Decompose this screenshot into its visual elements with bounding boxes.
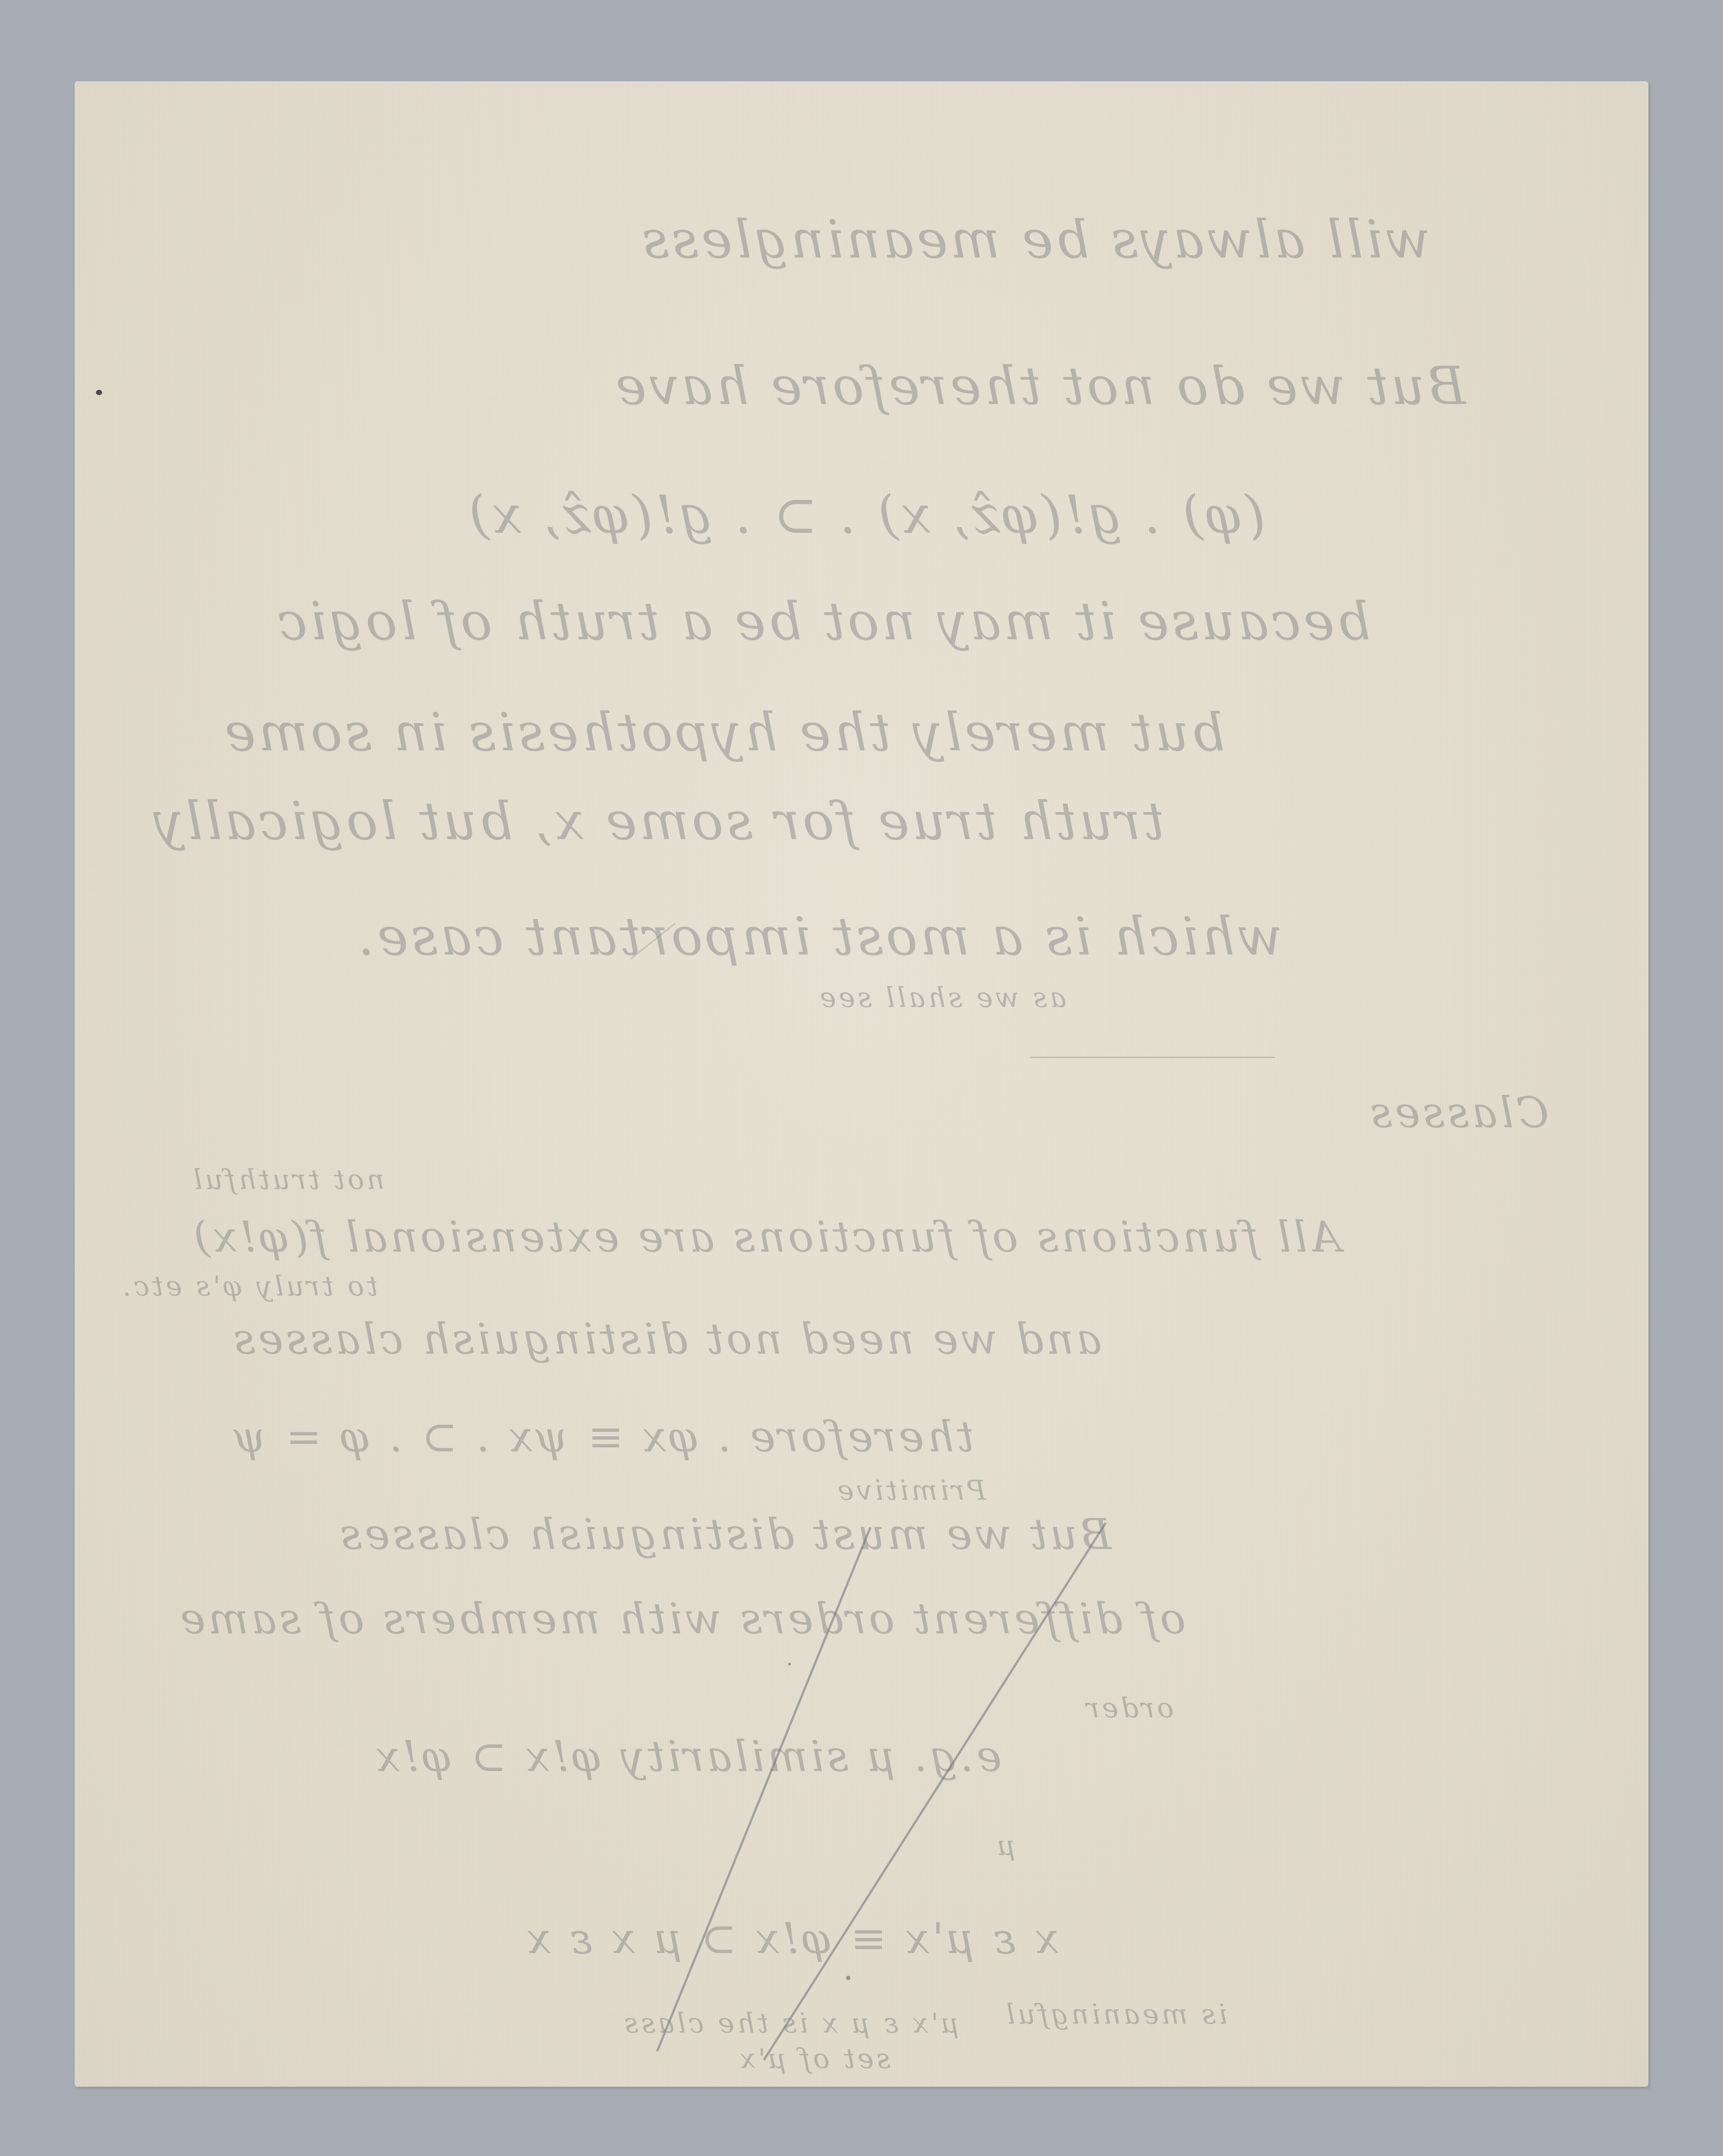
ink-speck (788, 1663, 791, 1665)
text-line: μ (995, 1829, 1015, 1862)
text-line: and we need not distinguish classes (231, 1314, 1102, 1364)
text-line: set of μ'x (737, 2042, 890, 2075)
ink-spot (96, 390, 102, 395)
text-line: to truly φ's etc. (120, 1270, 378, 1302)
text-line: truth true for some x, but logically (151, 790, 1164, 852)
text-line: All functions of functions are extension… (191, 1212, 1341, 1262)
horizontal-rule (1030, 1057, 1274, 1058)
text-line: Primitive (835, 1474, 986, 1506)
text-line: e.g. μ similarity φ!x ⊃ φ!x (373, 1732, 1002, 1781)
text-line: μ'x ε μ x is the class (622, 2007, 959, 2039)
text-line: (φ) . g!(φẑ, x) . ⊃ . g!(φẑ, x) (466, 484, 1266, 545)
ink-speck (846, 1976, 850, 1980)
text-line: But we must distinguish classes (337, 1510, 1112, 1559)
text-line: will always be meaningless (639, 209, 1430, 270)
text-line: as we shall see (817, 981, 1066, 1014)
section-heading: Classes (1368, 1088, 1549, 1137)
pencil-strokes (0, 0, 1723, 2156)
text-line: But we do not therefore have (613, 355, 1466, 416)
text-line: x ε μ'x ≡ φ!x ⊃ μ x ε x (524, 1914, 1059, 1963)
text-line: is meaningful (1004, 1998, 1227, 2030)
text-line: which is a most important case. (355, 906, 1282, 967)
text-line: therefore . φx ≡ ψx . ⊃ . φ = ψ (231, 1412, 974, 1462)
text-line: but merely the hypothesis in some (222, 701, 1225, 763)
text-line: not truthful (191, 1163, 385, 1196)
text-line: order (1084, 1692, 1174, 1724)
text-line: of different orders with members of same (178, 1594, 1186, 1644)
text-line: because it may not be a truth of logic (275, 591, 1371, 652)
